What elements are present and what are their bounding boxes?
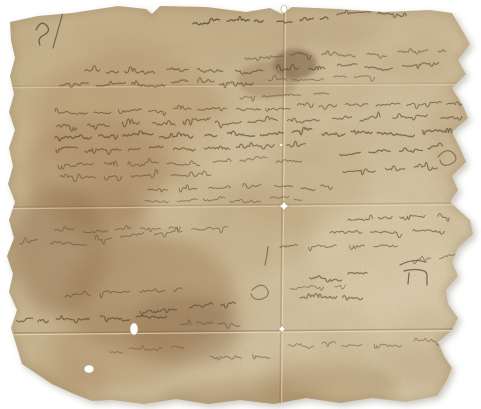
paper-hole	[130, 323, 138, 335]
manuscript-photo: A creased, water-stained sheet of old pa…	[0, 0, 481, 409]
paper-sheet	[0, 0, 481, 409]
paper-hole	[84, 365, 94, 373]
paper-hole	[281, 5, 287, 13]
manuscript-canvas	[0, 0, 481, 409]
handwriting-line	[468, 146, 481, 153]
